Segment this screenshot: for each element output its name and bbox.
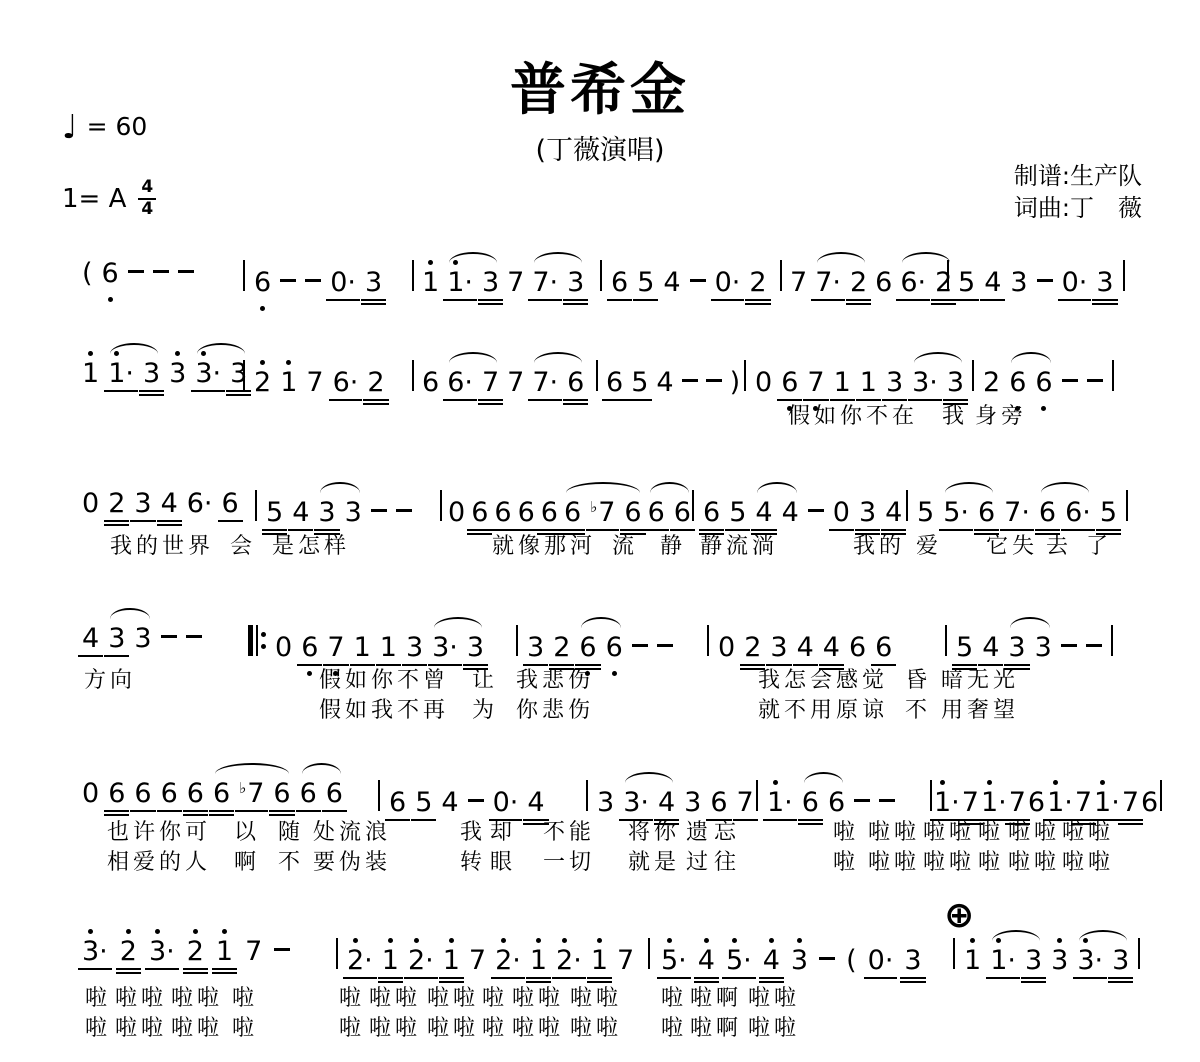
note: 6 <box>494 499 511 526</box>
measure: 33·4367 <box>586 780 754 816</box>
lyric-segment: 啊 <box>234 852 260 874</box>
octave-dot-above <box>732 938 737 943</box>
measure: 1·71·761·71·76 <box>930 780 1162 816</box>
note: 3 <box>1035 634 1052 661</box>
barline <box>336 938 338 969</box>
note: 1 <box>280 369 297 396</box>
underline <box>183 810 208 812</box>
lyric-segment: 啦啦 <box>115 1018 167 1040</box>
underline <box>361 303 386 305</box>
note: 0· <box>1062 269 1088 296</box>
note: 4 <box>441 789 458 816</box>
barline <box>780 260 782 291</box>
note: 0 <box>82 780 99 807</box>
octave-dot-below <box>1041 406 1046 411</box>
underline <box>931 303 956 305</box>
slur-group: 44 <box>755 499 798 526</box>
note: 3 <box>770 634 787 661</box>
slur-group: 1·3 <box>108 360 160 387</box>
underline <box>116 972 141 974</box>
note: 6 <box>1035 369 1052 396</box>
note: 6 <box>849 634 866 661</box>
underline <box>1021 977 1046 979</box>
measure: 066666♭7666 <box>440 490 691 526</box>
lyric-segment: 随 <box>278 822 304 844</box>
note: 3· <box>623 789 649 816</box>
note: 3 <box>567 269 584 296</box>
underline <box>798 819 823 821</box>
measure: (6 <box>82 260 194 287</box>
lyric-segment: 不 <box>905 700 931 722</box>
underline <box>819 664 844 666</box>
octave-dot-above <box>428 260 433 265</box>
note: 3 <box>947 369 964 396</box>
note: 7 <box>482 369 499 396</box>
measure: 2176·2 <box>243 360 385 396</box>
lyric-segment: 啦啦 <box>868 822 920 844</box>
measure: 066666♭7666 <box>82 780 343 807</box>
underline <box>439 977 464 979</box>
repeat-sign-part <box>261 644 266 649</box>
note: 4 <box>292 499 309 526</box>
octave-dot-above <box>704 938 709 943</box>
slur-group: 66 <box>579 634 622 661</box>
underline <box>560 529 585 531</box>
measure: 6540·4 <box>378 780 545 816</box>
underline <box>428 664 462 666</box>
dash-note <box>468 799 484 802</box>
underline <box>694 977 719 979</box>
lyric-segment: 啦啊 <box>690 988 742 1010</box>
octave-dot-above <box>667 938 672 943</box>
note: 2 <box>749 269 766 296</box>
note: 3· <box>1077 947 1103 974</box>
lyric-segment: 啦 <box>232 988 258 1010</box>
underline <box>766 664 791 666</box>
underline <box>104 390 138 392</box>
note: 6 <box>802 789 819 816</box>
lyric-segment: 假如我不再 <box>319 700 449 722</box>
measure: 5·45·43(0·3 <box>648 938 922 974</box>
note: 5 <box>956 634 973 661</box>
underline <box>620 529 645 531</box>
underline <box>463 664 488 666</box>
note: 1· <box>1094 789 1120 816</box>
underline <box>157 520 182 522</box>
underline <box>443 399 477 401</box>
lyric-segment: 不能 <box>543 822 595 844</box>
note: 3 <box>1096 269 1113 296</box>
underline <box>145 968 179 970</box>
barline <box>1111 625 1113 656</box>
underline <box>212 972 237 974</box>
note: 6 <box>213 780 230 807</box>
note: 1 <box>382 947 399 974</box>
slur-group: 33 <box>318 499 361 526</box>
barline <box>243 360 245 391</box>
underline <box>314 529 339 531</box>
octave-dot-above <box>562 938 567 943</box>
underline <box>587 977 612 979</box>
note: ( <box>846 947 857 974</box>
octave-dot-above <box>286 360 291 365</box>
underline <box>1061 529 1095 531</box>
underline <box>811 299 845 301</box>
note: 1· <box>934 789 960 816</box>
underline <box>846 303 871 305</box>
note: 1· <box>447 269 473 296</box>
note: 5· <box>943 499 969 526</box>
note: 3 <box>134 625 151 652</box>
underline <box>209 810 234 812</box>
note: 7· <box>815 269 841 296</box>
measure: 654) <box>596 360 740 396</box>
slur-group: 33 <box>108 625 151 652</box>
note: 3· <box>195 360 221 387</box>
measure: 0671133·3 <box>744 360 964 396</box>
note: 7· <box>532 269 558 296</box>
tempo-value: = 60 <box>87 112 148 141</box>
underline <box>323 664 348 666</box>
octave-dot-below <box>260 306 265 311</box>
octave-dot-above <box>1100 780 1105 785</box>
lyric-segment: 啦 <box>85 1018 111 1040</box>
underline <box>740 664 765 666</box>
lyric-segment: 啦啦 <box>427 1018 479 1040</box>
dash-note <box>706 379 722 382</box>
barline <box>600 260 602 291</box>
note: 4 <box>663 269 680 296</box>
lyric-segment: 它失 <box>986 536 1038 558</box>
slur-group: 1·3 <box>447 269 499 296</box>
note: 4 <box>527 789 544 816</box>
dash-note <box>1062 379 1078 382</box>
underline <box>900 977 925 979</box>
measure: 5430·3 <box>947 260 1125 296</box>
underline <box>183 972 208 974</box>
underline <box>104 814 129 816</box>
lyric-segment: 啦啦 <box>1008 852 1060 874</box>
note: 7 <box>306 369 323 396</box>
dash-note <box>305 279 321 282</box>
note: ( <box>82 260 93 287</box>
underline <box>467 533 492 535</box>
underline <box>882 399 907 401</box>
note: 6 <box>300 780 317 807</box>
lyric-segment: 啦啦 <box>1062 822 1114 844</box>
note: 3 <box>108 625 125 652</box>
lyric-segment: 爱 <box>916 536 942 558</box>
barline <box>707 625 709 656</box>
underline <box>411 819 436 821</box>
lyric-segment: 我的世界 <box>110 536 214 558</box>
lyric-segment: 静流淌 <box>700 536 778 558</box>
underline <box>1092 299 1117 301</box>
measure: 5433 <box>945 625 1113 661</box>
note: 6 <box>422 369 439 396</box>
barline <box>972 360 974 391</box>
note: 1 <box>834 369 851 396</box>
octave-dot-above <box>1053 780 1058 785</box>
underline <box>855 529 880 531</box>
note: 1· <box>981 789 1007 816</box>
measure: 2·12·172·12·17 <box>336 938 634 974</box>
measure: 5433 <box>255 490 412 526</box>
underline <box>722 977 756 979</box>
measure: 55·67·66·5 <box>906 490 1128 526</box>
note: 4 <box>698 947 715 974</box>
note: 1 <box>422 269 439 296</box>
lyric-segment: 啦啦 <box>923 822 975 844</box>
underline <box>130 520 155 522</box>
note: 6 <box>187 780 204 807</box>
note: 6 <box>710 789 727 816</box>
underline <box>1035 529 1060 531</box>
dash-note <box>1061 644 1077 647</box>
barline <box>243 260 245 291</box>
note: 1· <box>108 360 134 387</box>
note: 4 <box>982 634 999 661</box>
lyric-segment: 啦啦 <box>868 852 920 874</box>
note: 4 <box>823 634 840 661</box>
underline <box>104 524 129 526</box>
dash-note <box>808 509 824 512</box>
note: 6 <box>254 269 271 296</box>
lyric-segment: 啦 <box>833 822 859 844</box>
lyric-segment: 流 <box>612 536 638 558</box>
note: 4 <box>984 269 1001 296</box>
barline <box>255 490 257 521</box>
underline <box>209 814 234 816</box>
note: 6 <box>624 499 641 526</box>
note: 7 <box>807 369 824 396</box>
slur-group: 7·6 <box>532 369 584 396</box>
octave-dot-above <box>155 929 160 934</box>
underline <box>563 303 588 305</box>
dash-note <box>178 270 194 273</box>
octave-dot-above <box>175 351 180 356</box>
lyric-segment: 啦啦 <box>570 1018 622 1040</box>
underline <box>130 810 155 812</box>
barline <box>596 360 598 391</box>
note: 1· <box>990 947 1016 974</box>
barline <box>516 625 518 656</box>
lyric-segment: 以 <box>234 822 260 844</box>
underline <box>881 529 906 531</box>
underline <box>361 299 386 301</box>
note: 4 <box>82 625 99 652</box>
note: 6 <box>389 789 406 816</box>
underline <box>78 968 112 970</box>
lyric-segment: 一切 <box>543 852 595 874</box>
lyric-segment: 去 <box>1046 536 1072 558</box>
barline <box>947 260 949 291</box>
octave-dot-above <box>773 780 778 785</box>
note: 0 <box>448 499 465 526</box>
lyric-segment: 用奢望 <box>941 700 1019 722</box>
note: 6· <box>900 269 926 296</box>
note: 5 <box>266 499 283 526</box>
note: 3 <box>406 634 423 661</box>
note: 6 <box>1028 789 1045 816</box>
credit-arranger: 制谱:生产队 <box>1014 160 1142 192</box>
slur-group: 6♭76 <box>213 780 291 807</box>
note: 0 <box>275 634 292 661</box>
note: 7 <box>790 269 807 296</box>
measure: 3266 <box>516 625 673 661</box>
dash-note <box>153 270 169 273</box>
time-signature: 4 4 <box>138 178 156 219</box>
note: 6 <box>978 499 995 526</box>
note: 5 <box>917 499 934 526</box>
underline <box>896 299 930 301</box>
lyric-segment: 假如你不曾 <box>319 670 449 692</box>
lyric-segment: 遗 <box>686 822 712 844</box>
slur-group: 3·3 <box>195 360 247 387</box>
lyric-segment: 就不用原谅 <box>758 700 888 722</box>
barline <box>953 938 955 969</box>
barline <box>648 938 650 969</box>
underline <box>322 810 347 812</box>
note: 6 <box>648 499 665 526</box>
note: 3 <box>169 360 186 387</box>
underline <box>829 529 854 531</box>
note: 5 <box>415 789 432 816</box>
underline <box>183 968 208 970</box>
dash-note <box>854 799 870 802</box>
note: 2 <box>983 369 1000 396</box>
note: 7 <box>327 634 344 661</box>
lyric-segment: 也许你可 <box>107 822 211 844</box>
note: 2 <box>254 369 271 396</box>
underline <box>602 399 627 401</box>
repeat-sign-part <box>256 625 258 656</box>
lyric-segment: 啦啦 <box>1062 852 1114 874</box>
note: 1 <box>354 634 371 661</box>
slur-group: 66· <box>1039 499 1091 526</box>
underline <box>376 664 401 666</box>
lyric-segment: 我悲伤 <box>516 670 594 692</box>
underline <box>1108 981 1133 983</box>
underline <box>954 299 979 301</box>
octave-dot-above <box>88 929 93 934</box>
underline <box>575 664 600 666</box>
note: 6 <box>1141 789 1158 816</box>
underline <box>404 977 438 979</box>
lyric-segment: 方向 <box>84 670 136 692</box>
underline <box>1058 299 1092 301</box>
underline <box>846 299 871 301</box>
note: 0 <box>755 369 772 396</box>
note: 6 <box>606 369 623 396</box>
lyric-segment: 我 <box>460 822 486 844</box>
lyric-segment: 啦啦 <box>923 852 975 874</box>
lyric-segment: 会 <box>230 536 256 558</box>
slur-group: 7·2 <box>815 269 867 296</box>
underline <box>856 399 881 401</box>
note: 7 <box>507 269 524 296</box>
note: 6 <box>518 499 535 526</box>
measure: 6544034 <box>692 490 902 526</box>
underline <box>644 529 669 531</box>
slur-group: 6♭76 <box>564 499 642 526</box>
note: 3 <box>1008 634 1025 661</box>
octave-dot-above <box>597 938 602 943</box>
barline <box>1138 938 1140 969</box>
underline <box>262 529 287 531</box>
lyric-segment: 啦啦 <box>570 988 622 1010</box>
lyric-segment: 啦啦 <box>1008 822 1060 844</box>
octave-dot-above <box>970 938 975 943</box>
underline <box>329 399 363 401</box>
lyric-segment: 啦 <box>232 1018 258 1040</box>
note: 2· <box>408 947 434 974</box>
underline <box>537 529 562 531</box>
barline <box>586 780 588 811</box>
note: 7 <box>1009 789 1026 816</box>
underline <box>528 299 562 301</box>
note: 0· <box>330 269 356 296</box>
key-value: 1= A <box>62 184 126 214</box>
underline <box>1004 664 1029 666</box>
note: 4 <box>658 789 675 816</box>
note: 6 <box>222 490 239 517</box>
note: 4 <box>161 490 178 517</box>
octave-dot-above <box>797 938 802 943</box>
note: 6· <box>447 369 473 396</box>
barline <box>412 360 414 391</box>
note: 5 <box>729 499 746 526</box>
slur-group: 66 <box>648 499 691 526</box>
note: 5 <box>637 269 654 296</box>
note: 5 <box>958 269 975 296</box>
underline <box>793 664 818 666</box>
note: 4 <box>797 634 814 661</box>
note: 7 <box>1122 789 1139 816</box>
note: 7 <box>507 369 524 396</box>
underline <box>378 981 403 983</box>
dash-note <box>128 270 144 273</box>
lyric-segment: 让 <box>472 670 498 692</box>
octave-dot-above <box>114 351 119 356</box>
note: 3 <box>1010 269 1027 296</box>
note: 3 <box>859 499 876 526</box>
octave-dot-above <box>222 929 227 934</box>
underline <box>939 529 973 531</box>
note: 6 <box>326 780 343 807</box>
lyric-segment: 就是 <box>628 852 680 874</box>
note: 3 <box>467 634 484 661</box>
note: 5 <box>1100 499 1117 526</box>
underline <box>139 390 164 392</box>
note: 3· <box>149 938 175 965</box>
underline <box>528 399 562 401</box>
song-title: 普希金 <box>0 46 1200 126</box>
note: ♭7 <box>239 780 264 807</box>
measure: 11·333·3 <box>82 360 247 387</box>
barline <box>1160 780 1162 811</box>
octave-dot-above <box>987 780 992 785</box>
note: 6 <box>828 789 845 816</box>
note: 3 <box>791 947 808 974</box>
octave-dot-above <box>769 938 774 943</box>
note: 6· <box>1065 499 1091 526</box>
note: 4 <box>782 499 799 526</box>
underline <box>798 823 823 825</box>
slur-group: 33 <box>1008 634 1051 661</box>
underline <box>1118 819 1143 821</box>
note: 7 <box>1075 789 1092 816</box>
